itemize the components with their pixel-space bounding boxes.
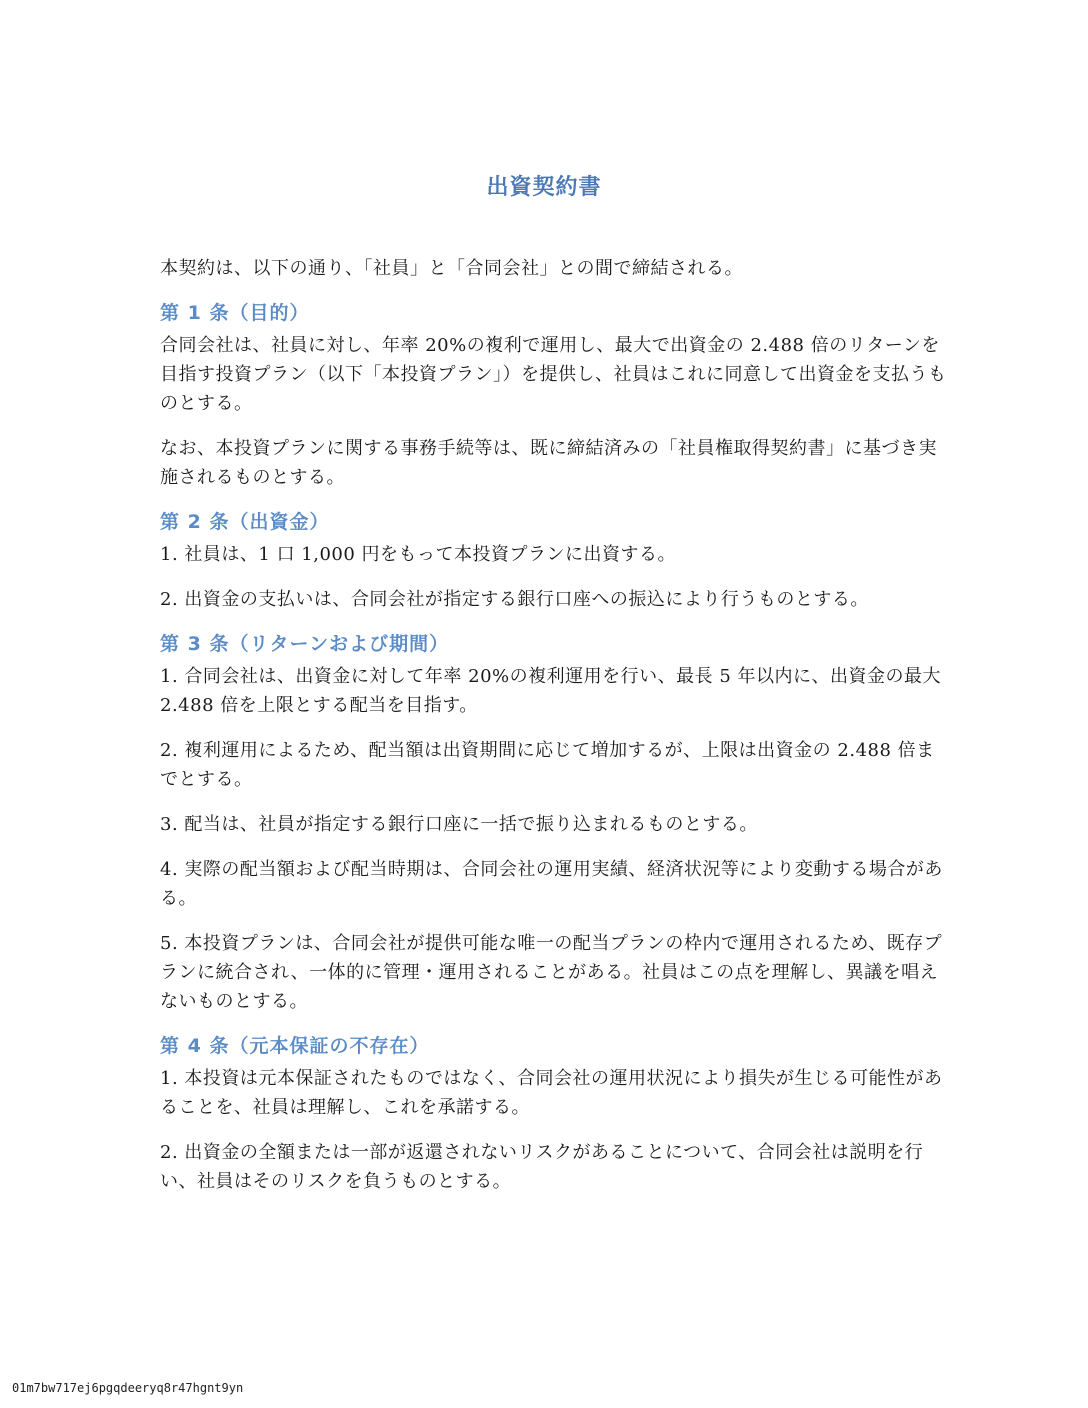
article-paragraph: 1. 社員は、1 口 1,000 円をもって本投資プランに出資する。: [160, 540, 950, 569]
article-paragraph: 2. 複利運用によるため、配当額は出資期間に応じて増加するが、上限は出資金の 2…: [160, 736, 950, 794]
article-heading: 第 3 条（リターンおよび期間）: [160, 630, 950, 658]
article-paragraph: 3. 配当は、社員が指定する銀行口座に一括で振り込まれるものとする。: [160, 810, 950, 839]
article-paragraph: なお、本投資プランに関する事務手続等は、既に締結済みの「社員権取得契約書」に基づ…: [160, 434, 950, 492]
document-id-footer: 01m7bw717ej6pgqdeeryq8r47hgnt9yn: [12, 1381, 243, 1395]
document-title: 出資契約書: [0, 170, 1088, 201]
article-paragraph: 合同会社は、社員に対し、年率 20%の複利で運用し、最大で出資金の 2.488 …: [160, 331, 950, 418]
article-paragraph: 2. 出資金の全額または一部が返還されないリスクがあることについて、合同会社は説…: [160, 1138, 950, 1196]
article-3: 第 3 条（リターンおよび期間） 1. 合同会社は、出資金に対して年率 20%の…: [160, 630, 950, 1016]
document-body: 本契約は、以下の通り、「社員」と「合同会社」との間で締結される。 第 1 条（目…: [160, 254, 950, 1212]
article-1: 第 1 条（目的） 合同会社は、社員に対し、年率 20%の複利で運用し、最大で出…: [160, 299, 950, 492]
article-paragraph: 1. 合同会社は、出資金に対して年率 20%の複利運用を行い、最長 5 年以内に…: [160, 662, 950, 720]
article-4: 第 4 条（元本保証の不存在） 1. 本投資は元本保証されたものではなく、合同会…: [160, 1032, 950, 1196]
article-heading: 第 1 条（目的）: [160, 299, 950, 327]
article-2: 第 2 条（出資金） 1. 社員は、1 口 1,000 円をもって本投資プランに…: [160, 508, 950, 614]
intro-paragraph: 本契約は、以下の通り、「社員」と「合同会社」との間で締結される。: [160, 254, 950, 283]
document-page: 出資契約書 本契約は、以下の通り、「社員」と「合同会社」との間で締結される。 第…: [0, 0, 1088, 1408]
article-paragraph: 5. 本投資プランは、合同会社が提供可能な唯一の配当プランの枠内で運用されるため…: [160, 929, 950, 1016]
article-paragraph: 4. 実際の配当額および配当時期は、合同会社の運用実績、経済状況等により変動する…: [160, 855, 950, 913]
article-heading: 第 4 条（元本保証の不存在）: [160, 1032, 950, 1060]
article-paragraph: 2. 出資金の支払いは、合同会社が指定する銀行口座への振込により行うものとする。: [160, 585, 950, 614]
article-paragraph: 1. 本投資は元本保証されたものではなく、合同会社の運用状況により損失が生じる可…: [160, 1064, 950, 1122]
article-heading: 第 2 条（出資金）: [160, 508, 950, 536]
